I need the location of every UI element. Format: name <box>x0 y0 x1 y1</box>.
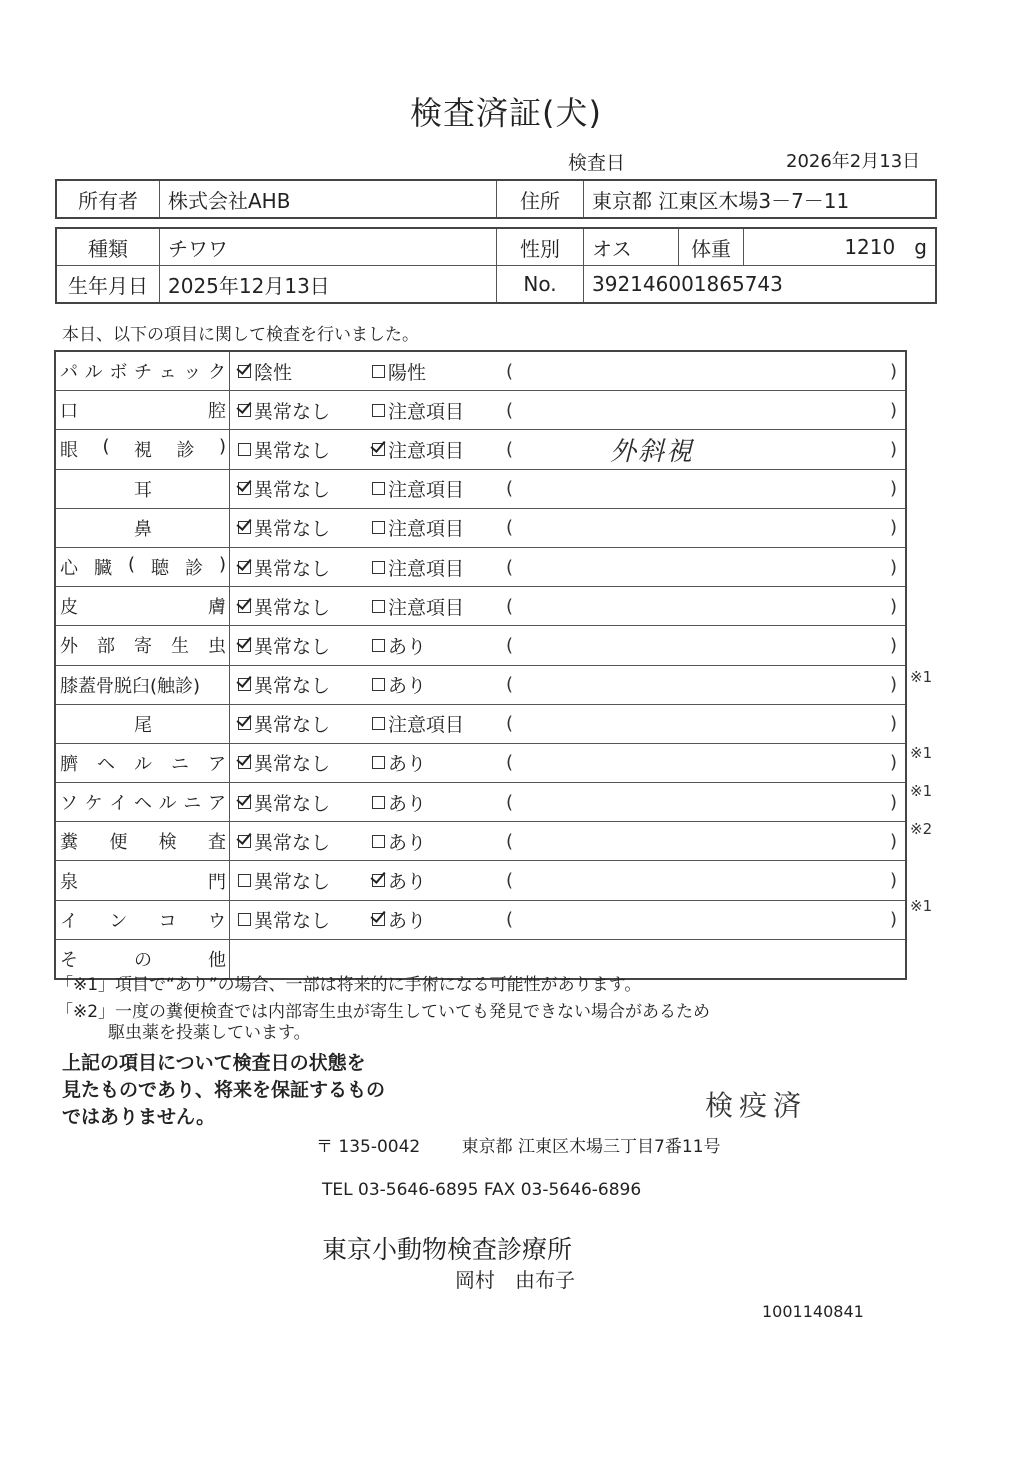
option-abnormal[interactable]: あり <box>372 671 426 698</box>
item-label-char: 眼 <box>60 436 78 462</box>
paren-right: ) <box>890 635 897 656</box>
weight-cell: 1210 g <box>744 228 937 266</box>
option-normal[interactable]: 異常なし <box>238 397 330 424</box>
checkbox-icon[interactable] <box>372 717 385 730</box>
address-label: 住所 <box>497 180 584 218</box>
paren-right: ) <box>890 361 897 382</box>
checked-box-icon[interactable] <box>238 521 251 534</box>
item-label-char: 口 <box>60 397 78 423</box>
clinic-address: 〒 135-0042 東京都 江東区木場三丁目7番11号 <box>316 1132 721 1157</box>
item-label: インコウ <box>55 900 230 939</box>
option-normal[interactable]: 異常なし <box>238 710 330 737</box>
paren-left: ( <box>506 557 513 578</box>
weight-label: 体重 <box>679 228 744 266</box>
checklist-row: 皮膚異常なし注意項目() <box>55 587 906 626</box>
item-label-char: 耳 <box>134 476 152 502</box>
option-label: 異常なし <box>254 749 330 776</box>
checkbox-icon[interactable] <box>372 796 385 809</box>
checked-box-icon[interactable] <box>238 796 251 809</box>
options-cell: 異常なし注意項目() <box>230 469 907 508</box>
item-label: 糞便検査 <box>55 822 230 861</box>
options-cell: 異常なしあり() <box>230 861 907 900</box>
paren-right: ) <box>890 831 897 852</box>
options-cell: 異常なしあり() <box>230 743 907 782</box>
paren-left: ( <box>506 909 513 930</box>
checkbox-icon[interactable] <box>238 913 251 926</box>
item-label-char: 膝蓋骨脱臼(触診) <box>60 672 200 698</box>
footnote-1: 「※1」項目で“あり”の場合、一部は将来的に手術になる可能性があります。 <box>56 970 641 995</box>
item-label-char: ヘ <box>134 789 152 815</box>
checklist-row: 膝蓋骨脱臼(触診)異常なしあり() <box>55 665 906 704</box>
animal-table: 種類 チワワ 性別 オス 体重 1210 g 生年月日 2025年12月13日 … <box>55 227 937 304</box>
item-label-char: ク <box>208 358 226 384</box>
checklist-row: 心臓(聴診)異常なし注意項目() <box>55 547 906 586</box>
clinic-street: 東京都 江東区木場三丁目7番11号 <box>462 1137 721 1157</box>
option-label: 注意項目 <box>388 436 464 463</box>
checkbox-icon[interactable] <box>372 482 385 495</box>
option-label: 陽性 <box>388 358 426 385</box>
options-cell: 異常なしあり() <box>230 900 907 939</box>
checked-box-icon[interactable] <box>238 561 251 574</box>
item-label-char: ニ <box>171 750 189 776</box>
paren-left: ( <box>506 635 513 656</box>
option-label: あり <box>388 632 426 659</box>
paren-right: ) <box>890 752 897 773</box>
paren-right: ) <box>890 557 897 578</box>
checked-box-icon[interactable] <box>372 913 385 926</box>
item-label-char: ッ <box>183 358 201 384</box>
checklist-row: 鼻異常なし注意項目() <box>55 508 906 547</box>
option-label: 注意項目 <box>388 397 464 424</box>
options-cell: 異常なし注意項目() <box>230 391 907 430</box>
checklist-row: 耳異常なし注意項目() <box>55 469 906 508</box>
checked-box-icon[interactable] <box>238 835 251 848</box>
paren-right: ) <box>890 870 897 891</box>
birth-value: 2025年12月13日 <box>160 266 497 304</box>
exam-date-label: 検査日 <box>568 148 625 175</box>
item-label-char: 尾 <box>134 711 152 737</box>
item-label-char: ェ <box>159 358 177 384</box>
option-normal[interactable]: 陰性 <box>238 358 292 385</box>
footnote-marker: ※1 <box>910 897 932 915</box>
paren-left: ( <box>506 713 513 734</box>
item-label-char: 視 <box>134 436 152 462</box>
options-cell: 異常なしあり() <box>230 626 907 665</box>
option-normal[interactable]: 異常なし <box>238 671 330 698</box>
owner-label: 所有者 <box>56 180 160 218</box>
option-label: 注意項目 <box>388 554 464 581</box>
option-label: 陰性 <box>254 358 292 385</box>
option-label: あり <box>388 828 426 855</box>
no-value: 392146001865743 <box>584 266 937 304</box>
item-label-char: の <box>134 946 152 972</box>
item-label-char: 心 <box>60 554 78 580</box>
options-cell: 異常なし注意項目() <box>230 508 907 547</box>
sex-value: オス <box>584 228 679 266</box>
item-label-char: 門 <box>208 868 226 894</box>
item-label: 外部寄生虫 <box>55 626 230 665</box>
item-label-char: ) <box>219 554 226 580</box>
weight-unit: g <box>914 235 927 259</box>
item-label-char: ア <box>208 789 226 815</box>
paren-right: ) <box>890 713 897 734</box>
footnote-marker: ※1 <box>910 744 932 762</box>
checked-box-icon[interactable] <box>372 443 385 456</box>
item-label-char: 査 <box>208 828 226 854</box>
footnote-marker: ※2 <box>910 820 932 838</box>
options-cell: 異常なし注意項目() <box>230 547 907 586</box>
item-label-char: 糞 <box>60 828 78 854</box>
checkbox-icon[interactable] <box>372 365 385 378</box>
paren-right: ) <box>890 596 897 617</box>
checklist-row: 臍ヘルニア異常なしあり() <box>55 743 906 782</box>
options-cell: 異常なしあり() <box>230 665 907 704</box>
item-label-char: 聴 <box>151 554 169 580</box>
option-label: 注意項目 <box>388 710 464 737</box>
options-cell: 異常なし注意項目()外斜視 <box>230 430 907 469</box>
option-normal[interactable]: 異常なし <box>238 789 330 816</box>
owner-table: 所有者 株式会社AHB 住所 東京都 江東区木場3－7－11 <box>55 179 937 219</box>
item-label-char: 膚 <box>208 593 226 619</box>
option-label: 異常なし <box>254 710 330 737</box>
item-label-char: ル <box>134 750 152 776</box>
checked-box-icon[interactable] <box>238 678 251 691</box>
option-abnormal[interactable]: あり <box>372 867 426 894</box>
checked-box-icon[interactable] <box>238 639 251 652</box>
address-value: 東京都 江東区木場3－7－11 <box>584 180 937 218</box>
checkbox-icon[interactable] <box>238 874 251 887</box>
checkbox-icon[interactable] <box>372 404 385 417</box>
item-label-char: そ <box>60 946 78 972</box>
item-label-char: ボ <box>109 358 127 384</box>
doctor-name: 岡村 由布子 <box>455 1264 575 1293</box>
option-label: 注意項目 <box>388 593 464 620</box>
item-label-char: 臓 <box>94 554 112 580</box>
checked-box-icon[interactable] <box>238 717 251 730</box>
handwritten-note[interactable]: 外斜視 <box>610 431 694 468</box>
exam-date: 2026年2月13日 <box>786 147 920 173</box>
paren-right: ) <box>890 439 897 460</box>
checklist-row: ソケイヘルニア異常なしあり() <box>55 783 906 822</box>
options-cell: 異常なしあり() <box>230 783 907 822</box>
option-normal[interactable]: 異常なし <box>238 475 330 502</box>
checked-box-icon[interactable] <box>372 874 385 887</box>
option-label: 異常なし <box>254 593 330 620</box>
item-label-char: 外 <box>60 632 78 658</box>
paren-left: ( <box>506 400 513 421</box>
item-label-char: コ <box>159 907 177 933</box>
item-label-char: 腔 <box>208 397 226 423</box>
paren-left: ( <box>506 674 513 695</box>
disclaimer-line-1: 上記の項目について検査日の状態を <box>62 1050 385 1077</box>
item-label-char: 寄 <box>134 632 152 658</box>
item-label: 口腔 <box>55 391 230 430</box>
option-label: 異常なし <box>254 828 330 855</box>
item-label: 心臓(聴診) <box>55 547 230 586</box>
option-label: 異常なし <box>254 671 330 698</box>
disclaimer-line-2: 見たものであり、将来を保証するもの <box>62 1077 385 1104</box>
paren-right: ) <box>890 792 897 813</box>
option-abnormal[interactable]: あり <box>372 749 426 776</box>
checkbox-icon[interactable] <box>372 678 385 691</box>
item-label-char: ニ <box>183 789 201 815</box>
option-normal[interactable]: 異常なし <box>238 514 330 541</box>
sex-label: 性別 <box>497 228 584 266</box>
paren-right: ) <box>890 909 897 930</box>
paren-left: ( <box>506 361 513 382</box>
item-label: 尾 <box>55 704 230 743</box>
option-label: 注意項目 <box>388 475 464 502</box>
option-label: 異常なし <box>254 514 330 541</box>
breed-value: チワワ <box>160 228 497 266</box>
item-label-char: チ <box>134 358 152 384</box>
item-label: 皮膚 <box>55 587 230 626</box>
item-label-char: 泉 <box>60 868 78 894</box>
option-normal[interactable]: 異常なし <box>238 867 330 894</box>
paren-right: ) <box>890 400 897 421</box>
footnote-marker: ※1 <box>910 668 932 686</box>
item-label-char: ン <box>109 907 127 933</box>
checkbox-icon[interactable] <box>372 600 385 613</box>
checklist-row: 口腔異常なし注意項目() <box>55 391 906 430</box>
option-label: 異常なし <box>254 397 330 424</box>
item-label-char: ウ <box>208 907 226 933</box>
option-label: 異常なし <box>254 475 330 502</box>
option-abnormal[interactable]: 陽性 <box>372 358 426 385</box>
checkbox-icon[interactable] <box>372 521 385 534</box>
document-number: 1001140841 <box>762 1302 864 1321</box>
paren-left: ( <box>506 831 513 852</box>
paren-left: ( <box>506 752 513 773</box>
item-label-char: ル <box>85 358 103 384</box>
item-label-char: 診 <box>176 436 194 462</box>
paren-left: ( <box>506 517 513 538</box>
item-label-char: 検 <box>159 828 177 854</box>
checked-box-icon[interactable] <box>238 404 251 417</box>
item-label-char: 便 <box>109 828 127 854</box>
paren-left: ( <box>506 792 513 813</box>
checklist-row: パルボチェック陰性陽性() <box>55 351 906 391</box>
checklist-row: 尾異常なし注意項目() <box>55 704 906 743</box>
footnote-marker: ※1 <box>910 782 932 800</box>
item-label: パルボチェック <box>55 351 230 391</box>
checkbox-icon[interactable] <box>372 639 385 652</box>
intro-text: 本日、以下の項目に関して検査を行いました。 <box>62 320 419 345</box>
option-label: あり <box>388 749 426 776</box>
option-abnormal[interactable]: あり <box>372 906 426 933</box>
option-abnormal[interactable]: 注意項目 <box>372 593 464 620</box>
options-cell: 異常なし注意項目() <box>230 704 907 743</box>
options-cell: 異常なしあり() <box>230 822 907 861</box>
item-label: 膝蓋骨脱臼(触診) <box>55 665 230 704</box>
option-normal[interactable]: 異常なし <box>238 906 330 933</box>
option-normal[interactable]: 異常なし <box>238 436 330 463</box>
options-cell: 異常なし注意項目() <box>230 587 907 626</box>
no-label: No. <box>497 266 584 304</box>
item-label-char: ( <box>102 436 109 462</box>
checked-box-icon[interactable] <box>238 756 251 769</box>
checkbox-icon[interactable] <box>372 835 385 848</box>
option-label: 異常なし <box>254 436 330 463</box>
item-label: ソケイヘルニア <box>55 783 230 822</box>
item-label: 眼(視診) <box>55 430 230 469</box>
option-normal[interactable]: 異常なし <box>238 749 330 776</box>
clinic-tel-fax: TEL 03-5646-6895 FAX 03-5646-6896 <box>322 1180 641 1200</box>
option-normal[interactable]: 異常なし <box>238 593 330 620</box>
option-label: あり <box>388 906 426 933</box>
option-abnormal[interactable]: 注意項目 <box>372 514 464 541</box>
clinic-name: 東京小動物検査診療所 <box>322 1230 572 1266</box>
paren-left: ( <box>506 478 513 499</box>
option-label: 異常なし <box>254 789 330 816</box>
checked-box-icon[interactable] <box>238 600 251 613</box>
disclaimer: 上記の項目について検査日の状態を 見たものであり、将来を保証するもの ではありま… <box>62 1050 385 1131</box>
item-label-char: ア <box>208 750 226 776</box>
paren-right: ) <box>890 517 897 538</box>
option-abnormal[interactable]: あり <box>372 632 426 659</box>
option-label: 異常なし <box>254 554 330 581</box>
footnote-2-cont: 駆虫薬を投薬しています。 <box>108 1018 311 1043</box>
checkbox-icon[interactable] <box>372 561 385 574</box>
checklist-row: インコウ異常なしあり() <box>55 900 906 939</box>
paren-left: ( <box>506 439 513 460</box>
item-label-char: 診 <box>185 554 203 580</box>
item-label-char: ヘ <box>97 750 115 776</box>
item-label-char: ( <box>128 554 135 580</box>
item-label-char: 臍 <box>60 750 78 776</box>
option-normal[interactable]: 異常なし <box>238 828 330 855</box>
breed-label: 種類 <box>56 228 160 266</box>
item-label-char: ソ <box>60 789 78 815</box>
checkbox-icon[interactable] <box>238 443 251 456</box>
option-label: 異常なし <box>254 632 330 659</box>
clinic-zip: 〒 135-0042 <box>316 1137 420 1157</box>
item-label-char: 皮 <box>60 593 78 619</box>
checked-box-icon[interactable] <box>238 365 251 378</box>
option-abnormal[interactable]: 注意項目 <box>372 475 464 502</box>
option-label: 注意項目 <box>388 514 464 541</box>
option-abnormal[interactable]: 注意項目 <box>372 397 464 424</box>
option-label: 異常なし <box>254 867 330 894</box>
item-label-char: 生 <box>171 632 189 658</box>
option-abnormal[interactable]: あり <box>372 828 426 855</box>
item-label-char: パ <box>60 358 78 384</box>
option-label: あり <box>388 789 426 816</box>
option-abnormal[interactable]: 注意項目 <box>372 436 464 463</box>
item-label: 泉門 <box>55 861 230 900</box>
paren-right: ) <box>890 478 897 499</box>
document-title: 検査済証(犬) <box>0 88 1012 134</box>
disclaimer-line-3: ではありません。 <box>62 1104 385 1131</box>
item-label-char: 鼻 <box>134 515 152 541</box>
checklist-table: パルボチェック陰性陽性()口腔異常なし注意項目()眼(視診)異常なし注意項目()… <box>54 350 907 980</box>
item-label: 臍ヘルニア <box>55 743 230 782</box>
options-cell: 陰性陽性() <box>230 351 907 391</box>
paren-left: ( <box>506 870 513 891</box>
option-label: あり <box>388 867 426 894</box>
option-label: あり <box>388 671 426 698</box>
checklist-row: 泉門異常なしあり() <box>55 861 906 900</box>
item-label-char: ル <box>159 789 177 815</box>
option-abnormal[interactable]: 注意項目 <box>372 710 464 737</box>
item-label-char: 部 <box>97 632 115 658</box>
birth-label: 生年月日 <box>56 266 160 304</box>
quarantine-stamp: 検疫済 <box>705 1084 807 1124</box>
option-label: 異常なし <box>254 906 330 933</box>
item-label: 鼻 <box>55 508 230 547</box>
item-label-char: ケ <box>85 789 103 815</box>
item-label: 耳 <box>55 469 230 508</box>
paren-right: ) <box>890 674 897 695</box>
option-abnormal[interactable]: あり <box>372 789 426 816</box>
item-label-char: イ <box>60 907 78 933</box>
checkbox-icon[interactable] <box>372 756 385 769</box>
checked-box-icon[interactable] <box>238 482 251 495</box>
option-normal[interactable]: 異常なし <box>238 554 330 581</box>
item-label-char: 他 <box>208 946 226 972</box>
checklist-row: 外部寄生虫異常なしあり() <box>55 626 906 665</box>
item-label-char: ) <box>219 436 226 462</box>
checklist-row: 糞便検査異常なしあり() <box>55 822 906 861</box>
weight-value: 1210 <box>844 235 895 259</box>
option-abnormal[interactable]: 注意項目 <box>372 554 464 581</box>
item-label-char: 虫 <box>208 632 226 658</box>
item-label-char: イ <box>109 789 127 815</box>
option-normal[interactable]: 異常なし <box>238 632 330 659</box>
owner-value: 株式会社AHB <box>160 180 497 218</box>
paren-left: ( <box>506 596 513 617</box>
checklist-row: 眼(視診)異常なし注意項目()外斜視 <box>55 430 906 469</box>
